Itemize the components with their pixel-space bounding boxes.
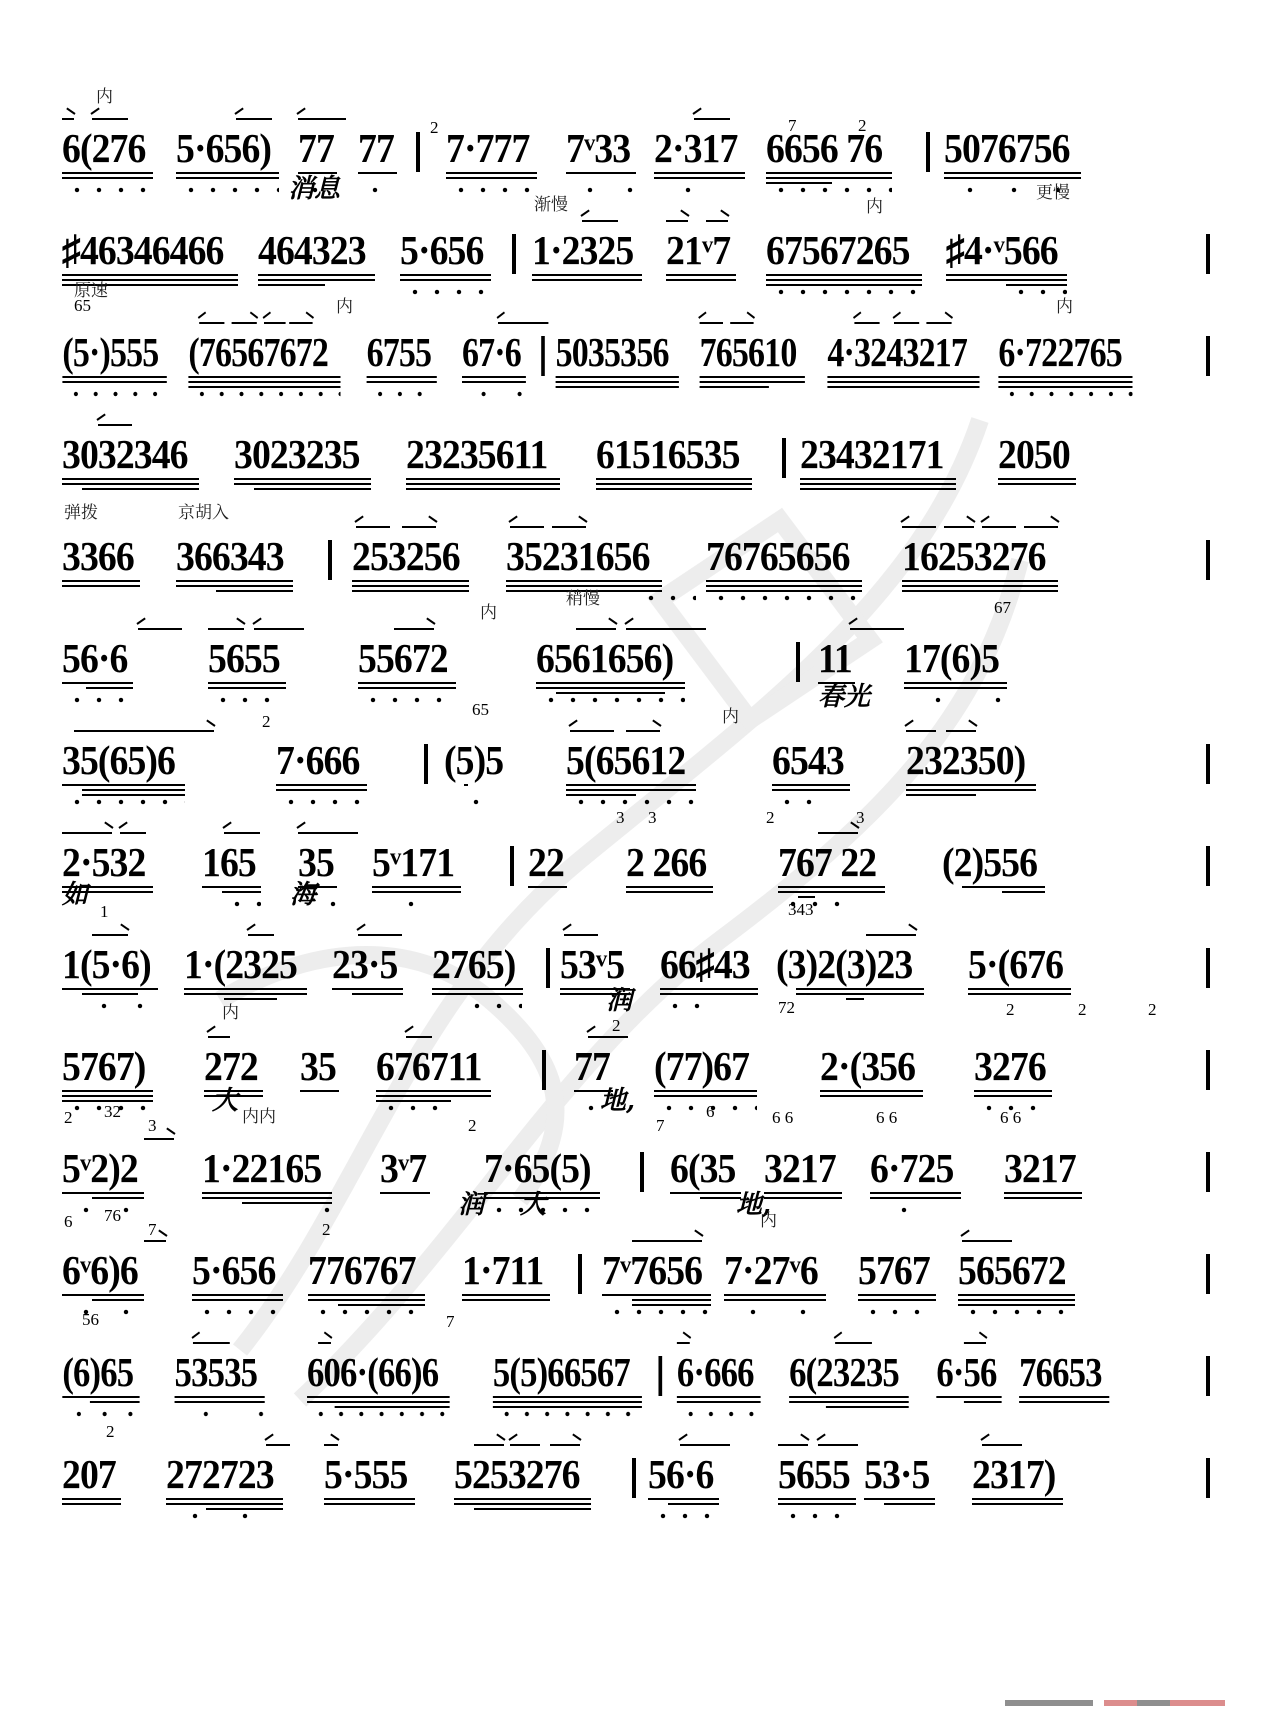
- note-group: 5·(676: [968, 942, 1071, 986]
- note-group: 6561656): [536, 636, 685, 680]
- annotation: 渐慢: [534, 190, 568, 215]
- barline: [1206, 234, 1210, 274]
- annotation: 内内: [242, 1102, 276, 1127]
- note-group: 55672: [358, 636, 456, 680]
- note-group: 5655: [778, 1452, 856, 1496]
- note-group: (5)5: [444, 738, 508, 782]
- note-group: 6ᵛ6)6: [62, 1248, 144, 1292]
- note-group: 2050: [998, 432, 1076, 476]
- note-group: 6543: [772, 738, 850, 782]
- note-group: 7·27ᵛ6: [724, 1248, 826, 1292]
- note-group: 776767: [308, 1248, 425, 1292]
- note-group: 5(5)66567: [493, 1350, 642, 1394]
- score-row-14: 2 207 272723 5·555 5253276 56·6 5655 53·…: [66, 1414, 1216, 1514]
- barline: [1206, 1458, 1210, 1498]
- score-row-5: 弹拨 京胡入 3366 366343 253256 35231656 76765…: [66, 496, 1216, 596]
- note-group: (5·)555: [62, 330, 166, 374]
- note-group: 6·666: [677, 1350, 760, 1394]
- barline: [1206, 1356, 1210, 1396]
- barline: [510, 846, 514, 886]
- barline: [1206, 1050, 1210, 1090]
- score-row-13: 56 7 (6)65 53535 606·(66)6 5(5)66567 6·6…: [66, 1312, 1216, 1412]
- note-group: 6·56: [936, 1350, 1001, 1394]
- barline: [658, 1356, 662, 1396]
- annotation: 内: [722, 702, 739, 727]
- barline: [1206, 744, 1210, 784]
- barline: [632, 1458, 636, 1498]
- note-group: 56·6: [648, 1452, 719, 1496]
- note-group: 5655: [208, 636, 286, 680]
- note-group: 77: [358, 126, 397, 170]
- annotation: 内: [866, 192, 883, 217]
- note-group: 3366: [62, 534, 140, 578]
- note-group: 67·6: [462, 330, 526, 374]
- note-group: 35(65)6: [62, 738, 185, 782]
- note-group: 21ᵛ7: [666, 228, 736, 272]
- score-row-2: 渐慢 内 更慢 ♯46346466 464323 5·656 1·2325 21…: [66, 190, 1216, 290]
- annotation: 内: [760, 1206, 777, 1231]
- note-group: 35: [300, 1044, 339, 1088]
- note-group: 7·777: [446, 126, 537, 170]
- annotation: 更慢: [1036, 178, 1070, 203]
- note-group: 5ᵛ171: [372, 840, 461, 884]
- barline: [424, 744, 428, 784]
- note-group: 232350): [906, 738, 1036, 782]
- note-group: (76567672: [188, 330, 340, 374]
- note-group: 53535: [175, 1350, 265, 1394]
- note-group: ♯4·ᵛ566: [946, 228, 1067, 272]
- annotation: 弹拨: [64, 498, 98, 523]
- barline: [578, 1254, 582, 1294]
- note-group: 6(35: [670, 1146, 741, 1190]
- note-group: 1·22165: [202, 1146, 332, 1190]
- score-row-10: 内 72 2 2 2 2 5767) 272 35 676711 77 (77)…: [66, 1006, 1216, 1106]
- barline: [796, 642, 800, 682]
- note-group: 76653: [1019, 1350, 1109, 1394]
- note-group: 6656 76: [766, 126, 892, 170]
- note-group: 1·2325: [532, 228, 642, 272]
- note-group: 6755: [367, 330, 437, 374]
- note-group: 7·666: [276, 738, 367, 782]
- note-group: 2·(356: [820, 1044, 923, 1088]
- barline: [640, 1152, 644, 1192]
- barline: [1206, 540, 1210, 580]
- note-group: 3ᵛ7: [380, 1146, 430, 1190]
- score-page: 内 6(276 5·656) 77 77 2: [0, 0, 1272, 1725]
- note-group: 23·5: [332, 942, 403, 986]
- score-row-11: 2 32 内内 6 6 6 6 6 6 6 3 2 7 5ᵛ2)2 1·2216…: [66, 1108, 1216, 1208]
- note-group: 253256: [352, 534, 469, 578]
- annotation: 内: [96, 82, 113, 107]
- barline: [546, 948, 550, 988]
- note-group: 1·(2325: [184, 942, 307, 986]
- barline: [1206, 1152, 1210, 1192]
- note-group: (77)67: [654, 1044, 757, 1088]
- score-row-6: 内 稍慢 67 56·6 5655 55672 6561656) 11 17(6…: [66, 598, 1216, 698]
- score-row-1: 内 6(276 5·656) 77 77 2: [66, 88, 1216, 188]
- note-group: 7ᵛ33: [566, 126, 636, 170]
- note-group: 2765): [432, 942, 523, 986]
- barline: [416, 132, 420, 172]
- note-group: 5(65612: [566, 738, 696, 782]
- note-group: 23235611: [406, 432, 560, 476]
- note-group: 66♯43: [660, 942, 758, 986]
- annotation: 内: [1056, 292, 1073, 317]
- note-group: 6·725: [870, 1146, 961, 1190]
- barline: [541, 336, 545, 376]
- note-group: 3276: [974, 1044, 1052, 1088]
- annotation: 稍慢: [566, 584, 600, 609]
- score-row-12: 6 76 内 7 2 6ᵛ6)6 5·656 776767 1·711 7ᵛ76…: [66, 1210, 1216, 1310]
- note-group: 3217: [764, 1146, 842, 1190]
- note-group: 4·3243217: [827, 330, 979, 374]
- footer-watermark-text: [1005, 1700, 1225, 1706]
- annotation: 京胡入: [178, 498, 229, 523]
- score-row-4: 3032346 3023235 23235611 61516535 234321…: [66, 394, 1216, 494]
- score-row-7: 65 内 2 35(65)6 7·666 (5)5 5(65612 6543 2…: [66, 700, 1216, 800]
- note-group: 366343: [176, 534, 293, 578]
- barline: [782, 438, 786, 478]
- barline: [926, 132, 930, 172]
- note-group: 23432171: [800, 432, 956, 476]
- note-group: 565672: [958, 1248, 1075, 1292]
- note-group: 2·317: [654, 126, 745, 170]
- note-group: 61516535: [596, 432, 752, 476]
- note-group: 16253276: [902, 534, 1058, 578]
- note-group: 464323: [258, 228, 375, 272]
- note-group: 3032346: [62, 432, 199, 476]
- note-group: 22: [528, 840, 567, 884]
- note-group: 5·555: [324, 1452, 415, 1496]
- note-group: (6)65: [62, 1350, 139, 1394]
- note-group: 17(6)5: [904, 636, 1007, 680]
- note-group: 765610: [700, 330, 805, 374]
- annotation: 内: [222, 998, 239, 1023]
- note-group: 6·722765: [998, 330, 1132, 374]
- score-row-9: 1 343 1(5·6) 1·(2325 23·5 2765) 53ᵛ5 66♯…: [66, 904, 1216, 1004]
- barline: [512, 234, 516, 274]
- barline: [1206, 948, 1210, 988]
- note-group: 2 266: [626, 840, 713, 884]
- note-group: 165: [202, 840, 261, 884]
- note-group: 56·6: [62, 636, 133, 680]
- note-group: 77: [298, 126, 337, 170]
- note-group: 207: [62, 1452, 121, 1496]
- note-group: 5767: [858, 1248, 936, 1292]
- note-group: 2317): [972, 1452, 1063, 1496]
- note-group: (3)2(3)23: [776, 942, 924, 986]
- note-group: 5253276: [454, 1452, 591, 1496]
- note-group: 676711: [376, 1044, 491, 1088]
- barline: [1206, 846, 1210, 886]
- note-group: 606·(66)6: [307, 1350, 450, 1394]
- note-group: 67567265: [766, 228, 922, 272]
- note-group: ♯46346466: [62, 228, 238, 272]
- note-group: 76765656: [706, 534, 862, 578]
- note-group: 767 22: [778, 840, 885, 884]
- annotation: 内: [480, 598, 497, 623]
- note-group: 7ᵛ7656: [602, 1248, 711, 1292]
- barline: [1206, 1254, 1210, 1294]
- score-row-8: 3 3 2 3 2·532 165 35 5ᵛ171 22 2 266 767 …: [66, 802, 1216, 902]
- note-group: 11: [818, 636, 855, 680]
- score-row-3: 原速 65 内 内 (5·)555 (76567672 6755 67·6 50…: [66, 292, 1216, 392]
- note-group: 3023235: [234, 432, 371, 476]
- barline: [328, 540, 332, 580]
- note-group: 35231656: [506, 534, 662, 578]
- note-group: 5035356: [556, 330, 679, 374]
- note-group: 5ᵛ2)2: [62, 1146, 144, 1190]
- note-group: 1·711: [462, 1248, 550, 1292]
- barline: [1206, 336, 1210, 376]
- note-group: 6(276: [62, 126, 153, 170]
- note-group: 5·656: [192, 1248, 283, 1292]
- note-group: 6(23235: [789, 1350, 908, 1394]
- note-group: 5767): [62, 1044, 153, 1088]
- note-group: 3217: [1004, 1146, 1082, 1190]
- note-group: 1(5·6): [62, 942, 158, 986]
- note-group: (2)556: [942, 840, 1045, 884]
- barline: [542, 1050, 546, 1090]
- note-group: 5·656): [176, 126, 279, 170]
- note-group: 272723: [166, 1452, 283, 1496]
- annotation: 内: [336, 292, 353, 317]
- note-group: 5076756: [944, 126, 1081, 170]
- note-group: 5·656: [400, 228, 491, 272]
- note-group: 53·5: [864, 1452, 935, 1496]
